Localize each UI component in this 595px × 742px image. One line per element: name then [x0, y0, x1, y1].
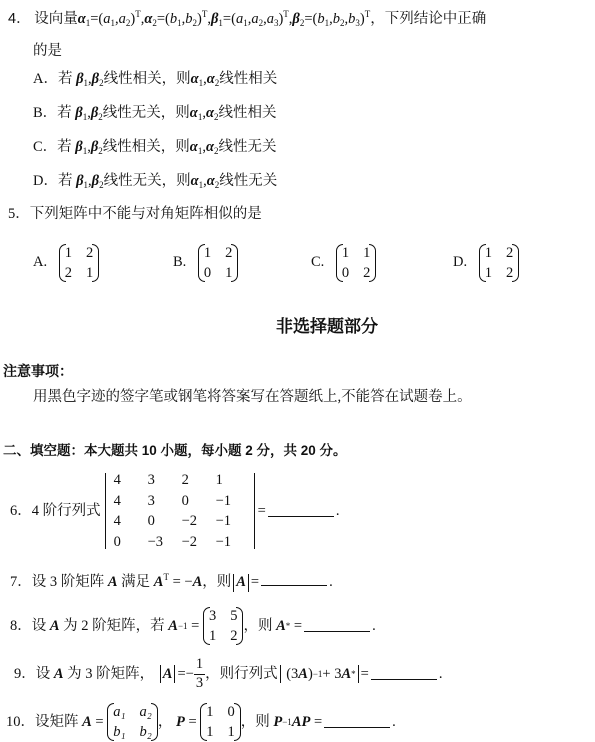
- q7-answer-blank[interactable]: [261, 575, 327, 586]
- q5-option-d: D. 12 12: [453, 246, 519, 280]
- q4-option-d: D．若 β1,β2线性无关，则α1,α2线性无关: [33, 174, 277, 190]
- q10: 10．设矩阵 A = a₁a₂ b₁b₂ ， P = 10 11 ，则 P−1A…: [6, 702, 396, 742]
- q8: 8．设 A 为 2 阶矩阵，若 A−1 = 35 12 ，则 A* =.: [10, 606, 376, 646]
- q5-option-b: B. 12 01: [173, 246, 238, 280]
- q6-determinant: 4321 430−1 40−2−1 0−3−2−1: [105, 473, 255, 549]
- q5-stem: 5．下列矩阵中不能与对角矩阵相似的是: [8, 207, 262, 222]
- q4-option-b: B．若 β1,β2线性无关，则α1,α2线性相关: [33, 106, 276, 122]
- part-title: 二、填空题：本大题共 10 小题，每小题 2 分，共 20 分。: [3, 444, 347, 458]
- q4-stem: 4． 设向量α1=(a1,a2)T,α2=(b1,b2)T,β1=(a1,a2,…: [8, 10, 486, 28]
- q5-options: A. 12 21 B. 12 01 C. 11 02 D. 12 12: [33, 238, 573, 278]
- q6-answer-blank[interactable]: [268, 506, 334, 517]
- q5-option-a: A. 12 21: [33, 246, 99, 280]
- q5-option-c: C. 11 02: [311, 246, 376, 280]
- q4-option-a: A．若 β1,β2线性相关，则α1,α2线性相关: [33, 72, 277, 88]
- q4-option-c: C．若 β1,β2线性相关，则α1,α2线性无关: [33, 140, 276, 156]
- notice-text: 用黑色字迹的签字笔或钢笔将答案写在答题纸上,不能答在试题卷上。: [33, 390, 472, 405]
- notice-title: 注意事项：: [3, 364, 73, 378]
- q8-answer-blank[interactable]: [304, 621, 370, 632]
- q6: 6．4 阶行列式 4321 430−1 40−2−1 0−3−2−1 =.: [10, 466, 339, 556]
- q9: 9．设 A 为 3 阶矩阵， A=− 13 ，则行列式 (3A)−1 + 3A*…: [14, 654, 442, 694]
- section-title: 非选择题部分: [276, 318, 378, 335]
- q4-number: 4．: [8, 11, 31, 27]
- q7: 7．设 3 阶矩阵 A 满足 AT = −A，则A=.: [10, 573, 333, 592]
- q4-stem-line2: 的是: [33, 44, 62, 59]
- q10-answer-blank[interactable]: [324, 717, 390, 728]
- q9-answer-blank[interactable]: [371, 669, 437, 680]
